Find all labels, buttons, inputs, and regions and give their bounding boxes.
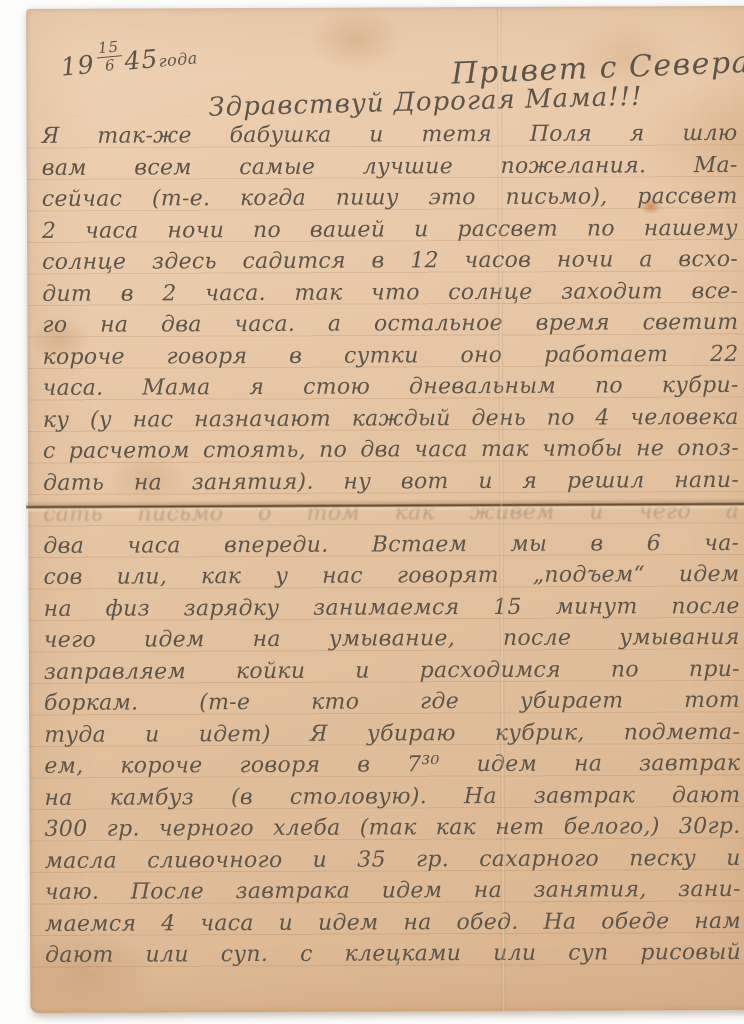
letter-line: дают или суп. с клецками или суп рисовый bbox=[45, 937, 741, 972]
letter-line: дит в 2 часа. так что солнце заходит все… bbox=[42, 275, 738, 310]
letter-line: ку (у нас назначают каждый день по 4 чел… bbox=[43, 401, 739, 436]
letter-line: 2 часа ночи по вашей и рассвет по нашему bbox=[42, 212, 738, 247]
letter-line: сейчас (т-е. когда пишу это письмо), рас… bbox=[42, 181, 738, 216]
date-month: 6 bbox=[97, 56, 123, 74]
date-century: 19 bbox=[60, 50, 96, 82]
scan-background: 1915645года Привет с Севера! Здравствуй … bbox=[0, 0, 744, 1024]
letter-line: с расчетом стоять, по два часа так чтобы… bbox=[43, 433, 739, 468]
letter-line: ем, короче говоря в 7³⁰ идем на завтрак bbox=[44, 748, 740, 783]
letter-line: два часа впереди. Встаем мы в 6 ча- bbox=[43, 527, 739, 562]
letter-line: масла сливочного и 35 гр. сахарного песк… bbox=[45, 842, 741, 877]
letter-body: Я так-же бабушка и тетя Поля я шлювам вс… bbox=[41, 118, 741, 972]
letter-line: чего идем на умывание, после умывания bbox=[44, 622, 740, 657]
letter-paper: 1915645года Привет с Севера! Здравствуй … bbox=[26, 6, 744, 1013]
date-year: 45 bbox=[123, 44, 159, 76]
date-year-suffix: года bbox=[158, 48, 199, 71]
letter-line: солнце здесь садится в 12 часов ночи а в… bbox=[42, 244, 738, 279]
letter-line: сать письмо о том как живем и чего а bbox=[43, 496, 739, 531]
letter-line: го на два часа. а остальное время светит bbox=[42, 307, 738, 342]
letter-line: маемся 4 часа и идем на обед. На обеде н… bbox=[45, 905, 741, 940]
letter-line: вам всем самые лучшие пожелания. Ма- bbox=[42, 149, 738, 184]
letter-line: сов или, как у нас говорят „подъем“ идем bbox=[43, 559, 739, 594]
letter-line: короче говоря в сутки оно работает 22 bbox=[42, 338, 738, 373]
letter-line: 300 гр. черного хлеба (так как нет белог… bbox=[45, 811, 741, 846]
date-line: 1915645года bbox=[59, 32, 199, 81]
letter-line: на камбуз (в столовую). На завтрак дают bbox=[44, 779, 740, 814]
letter-line: туда и идет) Я убираю кубрик, подмета- bbox=[44, 716, 740, 751]
letter-line: дать на занятия). ну вот и я решил напи- bbox=[43, 464, 739, 499]
letter-line: часа. Мама я стою дневальным по кубри- bbox=[43, 370, 739, 405]
date-fraction: 156 bbox=[95, 39, 123, 74]
letter-line: чаю. После завтрака идем на занятия, зан… bbox=[45, 874, 741, 909]
letter-line: на физ зарядку занимаемся 15 минут после bbox=[44, 590, 740, 625]
letter-line: Я так-же бабушка и тетя Поля я шлю bbox=[41, 118, 737, 153]
salutation: Здравствуй Дорогая Мама!!! bbox=[208, 82, 643, 123]
letter-line: боркам. (т-е кто где убирает тот bbox=[44, 685, 740, 720]
letter-line: заправляем койки и расходимся по при- bbox=[44, 653, 740, 688]
